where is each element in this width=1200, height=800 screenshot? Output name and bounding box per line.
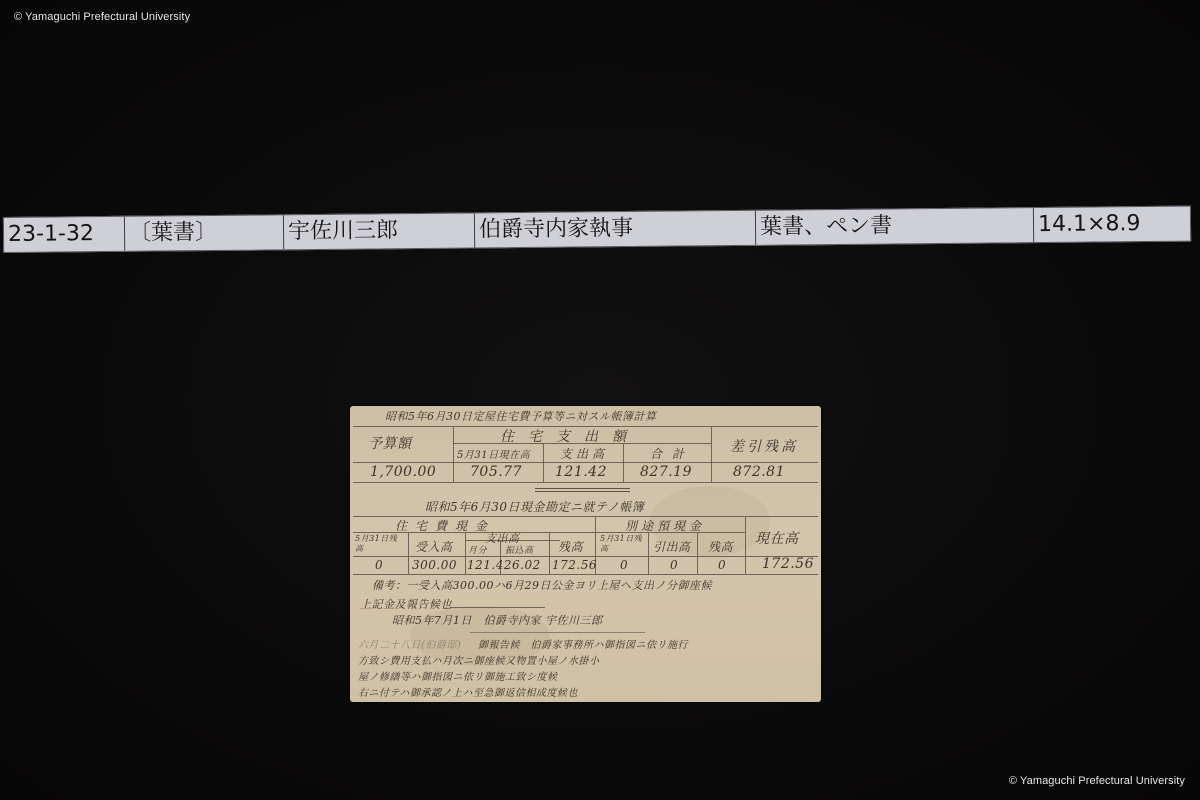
document-type: 〔葉書〕 [125, 215, 284, 251]
header-transfer: 振込高 [505, 543, 534, 556]
archive-photo-stage: © Yamaguchi Prefectural University 23-1-… [0, 0, 1200, 800]
header-bank-prev: 5月31日残高 [600, 534, 646, 554]
note-faded-prefix: 六月二十八日(伯爵邸) [358, 636, 461, 651]
header-current: 現在高 [755, 528, 799, 548]
header-withdrawal: 引出高 [653, 538, 691, 555]
divider [745, 516, 746, 574]
divider [648, 532, 649, 574]
value-total: 827.19 [640, 464, 692, 480]
divider [543, 443, 544, 482]
divider [711, 426, 712, 482]
header-housing-cash: 住宅費現金 [395, 517, 495, 534]
divider [623, 443, 624, 482]
header-monthly: 月分 [468, 543, 487, 556]
copyright-bottom: © Yamaguchi Prefectural University [1009, 775, 1185, 787]
value-remaining: 172.56 [552, 558, 597, 572]
value-received: 300.00 [412, 558, 457, 572]
value-transfer: 6.02 [512, 558, 541, 572]
divider [353, 574, 818, 575]
header-received: 受入高 [415, 538, 453, 555]
note-body-1: 御報告候 伯爵家事務所ハ御指図ニ依リ施行 [478, 636, 688, 651]
dimensions: 14.1×8.9 [1034, 207, 1190, 242]
catalog-label-strip: 23-1-32 〔葉書〕 宇佐川三郎 伯爵寺内家執事 葉書、ペン書 14.1×8… [3, 188, 1191, 255]
note-rule [470, 632, 645, 633]
value-bank-remaining: 0 [718, 558, 726, 572]
value-balance: 872.81 [733, 464, 785, 480]
header-remaining: 残高 [558, 538, 583, 555]
header-bank-remaining: 残高 [708, 538, 733, 555]
author: 宇佐川三郎 [284, 213, 475, 249]
value-budget: 1,700.00 [370, 464, 436, 480]
note-line-3: 昭和5年7月1日 伯爵寺内家 宇佐川三郎 [392, 612, 603, 628]
double-rule [535, 488, 630, 489]
postcard-title-1: 昭和5年6月30日定屋住宅費予算等ニ対スル帳簿計算 [385, 408, 657, 424]
value-prev-expense: 705.77 [470, 464, 522, 480]
postcard-title-2: 昭和5年6月30日現金勘定ニ就テノ帳簿 [425, 498, 644, 515]
note-body-3: 屋ノ修繕等ハ御指図ニ依リ御施工致シ度候 [358, 668, 558, 683]
note-body-4: 右ニ付テハ御承認ノ上ハ至急御返信相成度候也 [358, 684, 578, 699]
header-bank-cash: 別途預現金 [625, 517, 705, 534]
value-spending: 121.42 [555, 464, 607, 480]
header-spending: 支出高 [560, 445, 608, 462]
header-prev-balance: 5月31日残高 [355, 534, 405, 554]
format: 葉書、ペン書 [756, 208, 1034, 245]
catalog-number: 23-1-32 [4, 217, 125, 252]
header-balance: 差引残高 [730, 436, 798, 456]
value-monthly: 121.42 [467, 558, 512, 572]
divider [353, 462, 818, 463]
catalog-label: 23-1-32 〔葉書〕 宇佐川三郎 伯爵寺内家執事 葉書、ペン書 14.1×8… [3, 206, 1191, 253]
divider [353, 482, 818, 483]
header-expenditure: 住宅支出額 [500, 426, 640, 446]
double-rule [535, 491, 630, 492]
divider [549, 532, 550, 574]
postcard: 昭和5年6月30日定屋住宅費予算等ニ対スル帳簿計算 予算額 住宅支出額 5月31… [350, 406, 821, 702]
note-line-1: 備考：一受入高300.00ハ6月29日公金ヨリ上屋ヘ支出ノ分御座候 [372, 577, 712, 593]
divider [465, 532, 466, 574]
divider [453, 426, 454, 482]
header-total: 合計 [650, 445, 694, 462]
divider [697, 532, 698, 574]
note-body-2: 方致シ費用支払ハ月次ニ御座候又物置小屋ノ水掛小 [358, 652, 600, 667]
value-current: 172.56 [762, 556, 814, 572]
header-budget: 予算額 [368, 433, 412, 453]
value-prev-balance: 0 [375, 558, 383, 572]
divider [408, 532, 409, 574]
affiliation: 伯爵寺内家執事 [475, 211, 756, 248]
copyright-top: © Yamaguchi Prefectural University [14, 11, 190, 23]
header-prev-expense: 5月31日現在高 [457, 446, 530, 461]
value-bank-prev: 0 [620, 558, 628, 572]
value-withdrawal: 0 [670, 558, 678, 572]
note-line-2: 上記金及報告候也 [360, 596, 452, 612]
divider [353, 556, 818, 557]
note-rule [450, 607, 545, 608]
